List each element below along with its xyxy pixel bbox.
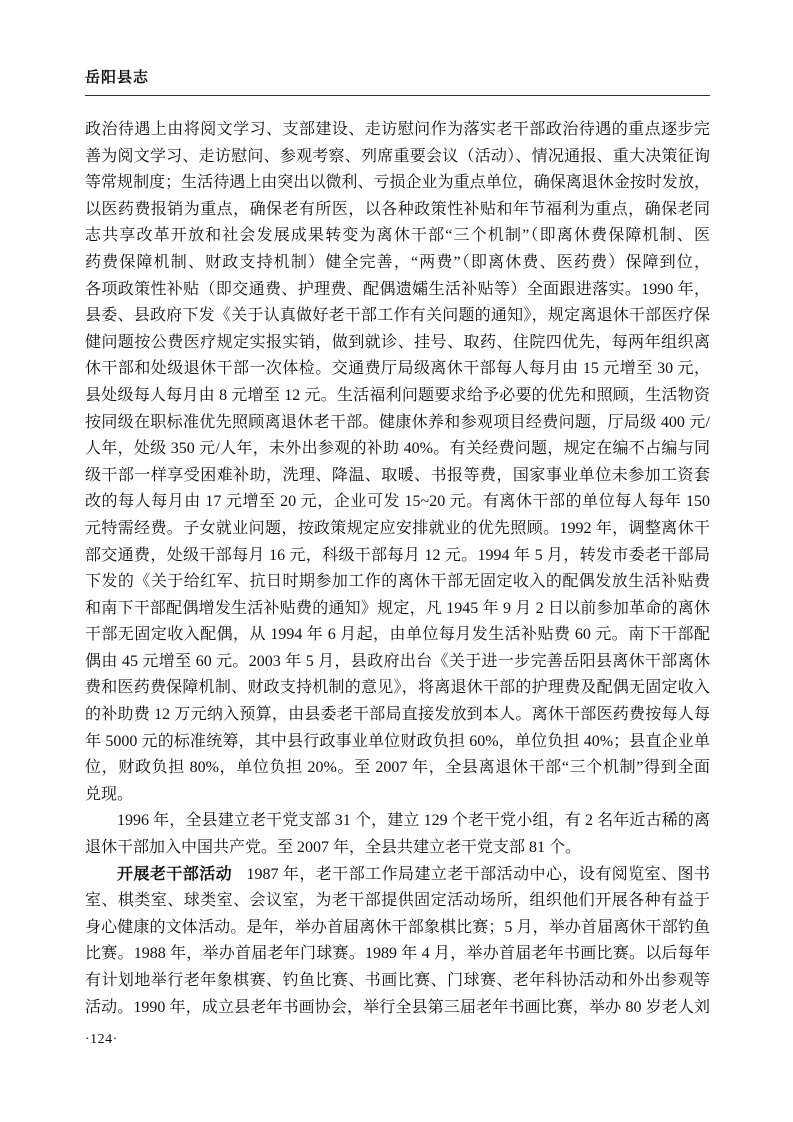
text-line: 改的每人每月由 17 元增至 20 元，企业可发 15~20 元。有离休干部的单… xyxy=(85,489,710,516)
text-line: 元特需经费。子女就业问题，按政策规定应安排就业的优先照顾。1992 年，调整离休… xyxy=(85,516,710,543)
text-line: 政治待遇上由将阅文学习、支部建设、走访慰问作为落实老干部政治待遇的重点逐步完 xyxy=(85,117,710,144)
paragraph-cadre-activities: 开展老干部活动1987 年，老干部工作局建立老干部活动中心，设有阅览室、图书 室… xyxy=(85,862,710,1022)
text-line: 干部无固定收入配偶，从 1994 年 6 月起，由单位每月发生活补贴费 60 元… xyxy=(85,622,710,649)
text-line: 比赛。1988 年，举办首届老年门球赛。1989 年 4 月，举办首届老年书画比… xyxy=(85,941,710,968)
text-line: 药费保障机制、财政支持机制）健全完善，“两费”（即离休费、医药费）保障到位， xyxy=(85,250,710,277)
text-line: 以医药费报销为重点，确保老有所医，以各种政策性补贴和年节福利为重点，确保老同 xyxy=(85,197,710,224)
text-line: 兑现。 xyxy=(85,782,710,809)
page-header: 岳阳县志 xyxy=(85,68,710,96)
text-line: 年 5000 元的标准统筹，其中县行政事业单位财政负担 60%，单位负担 40%… xyxy=(85,729,710,756)
text-line: 人年，处级 350 元/人年，未外出参观的补助 40%。有关经费问题，规定在编不… xyxy=(85,436,710,463)
text-line: 身心健康的文体活动。是年，举办首届离休干部象棋比赛；5 月，举办首届离休干部钓鱼 xyxy=(85,915,710,942)
text-line: 善为阅文学习、走访慰问、参观考察、列席重要会议（活动）、情况通报、重大决策征询 xyxy=(85,144,710,171)
text-line: 健问题按公费医疗规定实报实销，做到就诊、挂号、取药、住院四优先，每两年组织离 xyxy=(85,330,710,357)
document-page: 岳阳县志 政治待遇上由将阅文学习、支部建设、走访慰问作为落实老干部政治待遇的重点… xyxy=(0,0,793,1122)
text-line: 活动。1990 年，成立县老年书画协会，举行全县第三届老年书画比赛，举办 80 … xyxy=(85,995,710,1022)
page-footer: ·124· xyxy=(85,1031,118,1049)
text-line: 室、棋类室、球类室、会议室，为老干部提供固定活动场所，组织他们开展各种有益于 xyxy=(85,888,710,915)
text-line: 各项政策性补贴（即交通费、护理费、配偶遗孀生活补贴等）全面跟进落实。1990 年… xyxy=(85,277,710,304)
text-line: 有计划地举行老年象棋赛、钓鱼比赛、书画比赛、门球赛、老年科协活动和外出参观等 xyxy=(85,968,710,995)
paragraph-political-treatment: 政治待遇上由将阅文学习、支部建设、走访慰问作为落实老干部政治待遇的重点逐步完 善… xyxy=(85,117,710,808)
text-line: 休干部和处级退休干部一次体检。交通费厅局级离休干部每人每月由 15 元增至 30… xyxy=(85,356,710,383)
text-line: 县委、县政府下发《关于认真做好老干部工作有关问题的通知》，规定离退休干部医疗保 xyxy=(85,303,710,330)
text-line: 的补助费 12 万元纳入预算，由县委老干部局直接发放到本人。离休干部医药费按每人… xyxy=(85,702,710,729)
page-number: ·124· xyxy=(85,1031,118,1049)
text-line: 级干部一样享受困难补助，洗理、降温、取暖、书报等费，国家事业单位未参加工资套 xyxy=(85,463,710,490)
paragraph-party-branches: 1996 年，全县建立老干党支部 31 个，建立 129 个老干党小组，有 2 … xyxy=(85,808,710,861)
text-line: 退休干部加入中国共产党。至 2007 年，全县共建立老干党支部 81 个。 xyxy=(85,835,710,862)
text-line: 志共享改革开放和社会发展成果转变为离休干部“三个机制”（即离休费保障机制、医 xyxy=(85,223,710,250)
text-line: 费和医药费保障机制、财政支持机制的意见》，将离退休干部的护理费及配偶无固定收入 xyxy=(85,675,710,702)
text-line: 1996 年，全县建立老干党支部 31 个，建立 129 个老干党小组，有 2 … xyxy=(85,808,710,835)
text-line-rest: 1987 年，老干部工作局建立老干部活动中心，设有阅览室、图书 xyxy=(246,866,710,883)
text-line: 开展老干部活动1987 年，老干部工作局建立老干部活动中心，设有阅览室、图书 xyxy=(85,862,710,889)
page-body: 政治待遇上由将阅文学习、支部建设、走访慰问作为落实老干部政治待遇的重点逐步完 善… xyxy=(85,117,710,1021)
text-line: 部交通费，处级干部每月 16 元，科级干部每月 12 元。1994 年 5 月，… xyxy=(85,543,710,570)
text-line: 按同级在职标准优先照顾离退休老干部。健康休养和参观项目经费问题，厅局级 400 … xyxy=(85,410,710,437)
header-title: 岳阳县志 xyxy=(85,68,710,88)
paragraph-heading: 开展老干部活动 xyxy=(117,866,232,883)
text-line: 下发的《关于给红军、抗日时期参加工作的离休干部无固定收入的配偶发放生活补贴费 xyxy=(85,569,710,596)
text-line: 位，财政负担 80%，单位负担 20%。至 2007 年，全县离退休干部“三个机… xyxy=(85,755,710,782)
header-rule xyxy=(85,95,710,96)
text-line: 县处级每人每月由 8 元增至 12 元。生活福利问题要求给予必要的优先和照顾，生… xyxy=(85,383,710,410)
text-line: 偶由 45 元增至 60 元。2003 年 5 月，县政府出台《关于进一步完善岳… xyxy=(85,649,710,676)
text-line: 等常规制度；生活待遇上由突出以微利、亏损企业为重点单位，确保离退休金按时发放， xyxy=(85,170,710,197)
text-line: 和南下干部配偶增发生活补贴费的通知》规定，凡 1945 年 9 月 2 日以前参… xyxy=(85,596,710,623)
